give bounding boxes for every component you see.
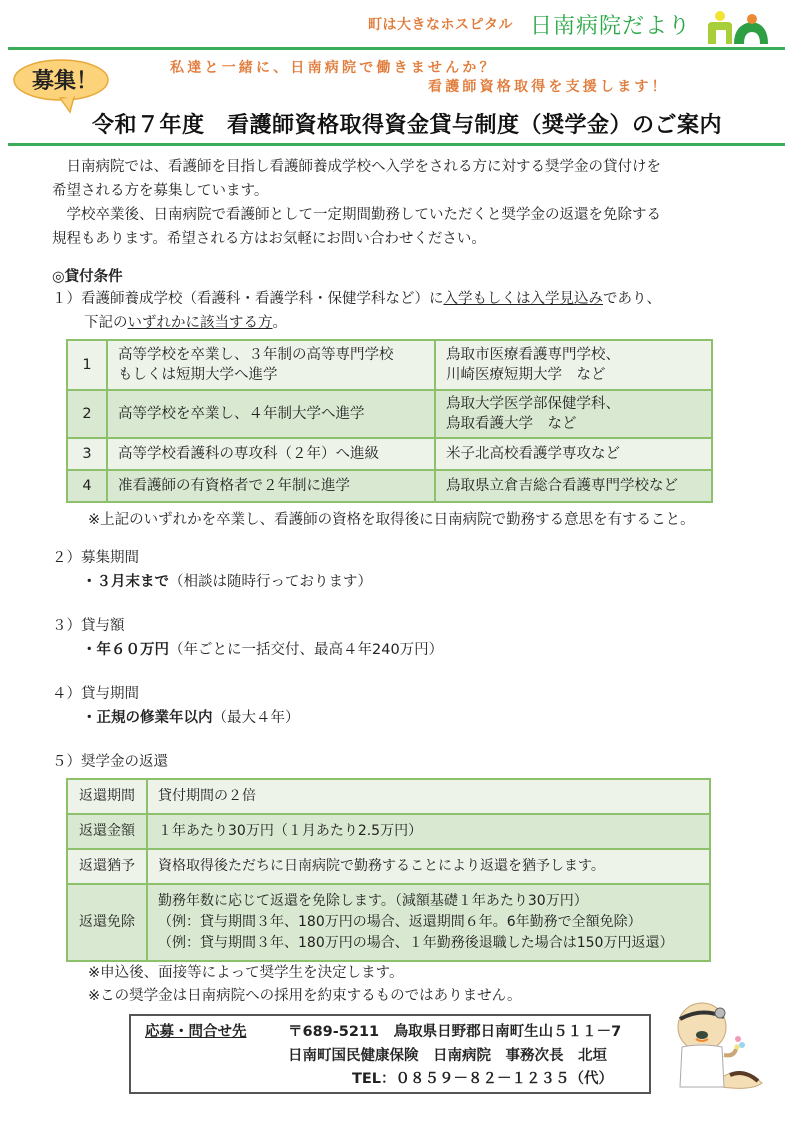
table-note: ※上記のいずれかを卒業し、看護師の資格を取得後に日南病院で勤務する意思を有するこ… [88, 509, 695, 532]
intro-text: 日南病院では、看護師を目指し看護師養成学校へ入学をされる方に対する奨学金の貸付け… [52, 155, 752, 251]
item-title: ３）貸与額 [52, 614, 443, 638]
row-number: 3 [67, 438, 107, 470]
item-detail: （最大４年） [213, 710, 300, 726]
row-number: 2 [67, 390, 107, 438]
item-detail: （年ごとに一括交付、最高４年240万円） [169, 642, 443, 658]
item-underlined-text: いずれかに該当する方 [128, 315, 273, 331]
contact-address: 〒689-5211 鳥取県日野郡日南町生山５１１－7 [288, 1020, 621, 1041]
examples-cell: 米子北高校看護学専攻など [435, 438, 712, 470]
item-text: １）看護師養成学校（看護科・看護学科・保健学科など）に [52, 291, 444, 307]
cell-line: 勤務年数に応じて返還を免除します。（減額基礎１年あたり30万円） [158, 891, 699, 912]
row-value: 資格取得後ただちに日南病院で勤務することにより返還を猶予します。 [147, 849, 710, 884]
contact-phone: TEL：０８５９－８２－１２３５（代） [352, 1067, 613, 1088]
item-text: 。 [273, 315, 288, 331]
recruit-badge: 募集！ [32, 64, 98, 95]
item-title: ４）貸与期間 [52, 682, 300, 706]
intro-line: 希望される方を募集しています。 [52, 179, 752, 203]
table-row: 2 高等学校を卒業し、４年制大学へ進学 鳥取大学医学部保健学科、鳥取看護大学 な… [67, 390, 712, 438]
table-row: 返還免除 勤務年数に応じて返還を免除します。（減額基礎１年あたり30万円） （例… [67, 884, 710, 961]
table-row: 返還期間 貸付期間の２倍 [67, 779, 710, 814]
contact-organization: 日南町国民健康保険 日南病院 事務次長 北垣 [288, 1044, 607, 1065]
item-bold-text: ・正規の修業年以内 [82, 710, 213, 726]
cell-line: （例：貸与期間３年、180万円の場合、返還期間６年。6年勤務で全額免除） [158, 912, 699, 933]
page-title: 令和７年度 看護師資格取得資金貸与制度（奨学金）のご案内 [92, 108, 722, 139]
item-bold-text: ・年６０万円 [82, 642, 169, 658]
cell-line: 川崎医療短期大学 など [446, 365, 701, 385]
cell-line: もしくは短期大学へ進学 [118, 365, 424, 385]
cell-line: 高等学校を卒業し、３年制の高等専門学校 [118, 345, 424, 365]
table-row: 返還猶予 資格取得後ただちに日南病院で勤務することにより返還を猶予します。 [67, 849, 710, 884]
contact-label: 応募・問合せ先 [145, 1020, 247, 1041]
intro-line: 学校卒業後、日南病院で看護師として一定期間勤務していただくと奨学金の返還を免除す… [52, 203, 752, 227]
item-text: であり、 [603, 291, 661, 307]
header-tagline: 町は大きなホスピタル [368, 14, 513, 34]
row-label: 返還免除 [67, 884, 147, 961]
condition-cell: 高等学校を卒業し、３年制の高等専門学校もしくは短期大学へ進学 [107, 340, 435, 390]
table-row: 4 准看護師の有資格者で２年制に進学 鳥取県立倉吉総合看護専門学校など [67, 470, 712, 502]
condition-cell: 准看護師の有資格者で２年制に進学 [107, 470, 435, 502]
cell-line: 鳥取市医療看護専門学校、 [446, 345, 701, 365]
cell-line: （例：貸与期間３年、180万円の場合、１年勤務後退職した場合は150万円返還） [158, 933, 699, 954]
condition-item-1: １）看護師養成学校（看護科・看護学科・保健学科など）に入学もしくは入学見込みであ… [52, 287, 772, 335]
examples-cell: 鳥取大学医学部保健学科、鳥取看護大学 など [435, 390, 712, 438]
eligibility-table: 1 高等学校を卒業し、３年制の高等専門学校もしくは短期大学へ進学 鳥取市医療看護… [66, 339, 713, 503]
row-label: 返還猶予 [67, 849, 147, 884]
row-number: 4 [67, 470, 107, 502]
row-value: 勤務年数に応じて返還を免除します。（減額基礎１年あたり30万円） （例：貸与期間… [147, 884, 710, 961]
subtitle-line-2: 看護師資格取得を支援します！ [428, 76, 669, 96]
table-row: 1 高等学校を卒業し、３年制の高等専門学校もしくは短期大学へ進学 鳥取市医療看護… [67, 340, 712, 390]
row-number: 1 [67, 340, 107, 390]
cell-line: 鳥取大学医学部保健学科、 [446, 394, 701, 414]
cell-line: 鳥取看護大学 など [446, 414, 701, 434]
condition-item-5: ５）奨学金の返還 [52, 750, 168, 774]
newsletter-title: 日南病院だより [530, 9, 691, 40]
doctor-mascot-illustration [662, 995, 772, 1095]
intro-line: 規程もあります。希望される方はお気軽にお問い合わせください。 [52, 227, 752, 251]
row-label: 返還期間 [67, 779, 147, 814]
item-text: 下記の [84, 315, 128, 331]
row-label: 返還金額 [67, 814, 147, 849]
item-title: ５）奨学金の返還 [52, 750, 168, 774]
condition-cell: 高等学校を卒業し、４年制大学へ進学 [107, 390, 435, 438]
repayment-table: 返還期間 貸付期間の２倍 返還金額 １年あたり30万円（１月あたり2.5万円） … [66, 778, 711, 962]
header-divider [8, 47, 785, 50]
hospital-logo-icon [706, 10, 770, 44]
condition-item-2: ２）募集期間 ・３月末まで（相談は随時行っております） [52, 546, 372, 594]
examples-cell: 鳥取県立倉吉総合看護専門学校など [435, 470, 712, 502]
item-bold-text: ・３月末まで [82, 574, 169, 590]
subtitle-line-1: 私達と一緒に、日南病院で働きませんか？ [170, 57, 497, 77]
condition-item-4: ４）貸与期間 ・正規の修業年以内（最大４年） [52, 682, 300, 730]
table-row: 返還金額 １年あたり30万円（１月あたり2.5万円） [67, 814, 710, 849]
intro-line: 日南病院では、看護師を目指し看護師養成学校へ入学をされる方に対する奨学金の貸付け… [52, 155, 752, 179]
condition-cell: 高等学校看護科の専攻科（２年）へ進級 [107, 438, 435, 470]
row-value: １年あたり30万円（１月あたり2.5万円） [147, 814, 710, 849]
title-divider [8, 143, 785, 146]
item-underlined-text: 入学もしくは入学見込み [444, 291, 604, 307]
examples-cell: 鳥取市医療看護専門学校、川崎医療短期大学 など [435, 340, 712, 390]
section-heading-loan-conditions: ◎貸付条件 [52, 265, 123, 286]
note-no-guarantee: ※この奨学金は日南病院への採用を約束するものではありません。 [88, 985, 522, 1008]
table-row: 3 高等学校看護科の専攻科（２年）へ進級 米子北高校看護学専攻など [67, 438, 712, 470]
condition-item-3: ３）貸与額 ・年６０万円（年ごとに一括交付、最高４年240万円） [52, 614, 443, 662]
note-interview: ※申込後、面接等によって奨学生を決定します。 [88, 962, 404, 985]
item-title: ２）募集期間 [52, 546, 372, 570]
row-value: 貸付期間の２倍 [147, 779, 710, 814]
item-detail: （相談は随時行っております） [169, 574, 372, 590]
